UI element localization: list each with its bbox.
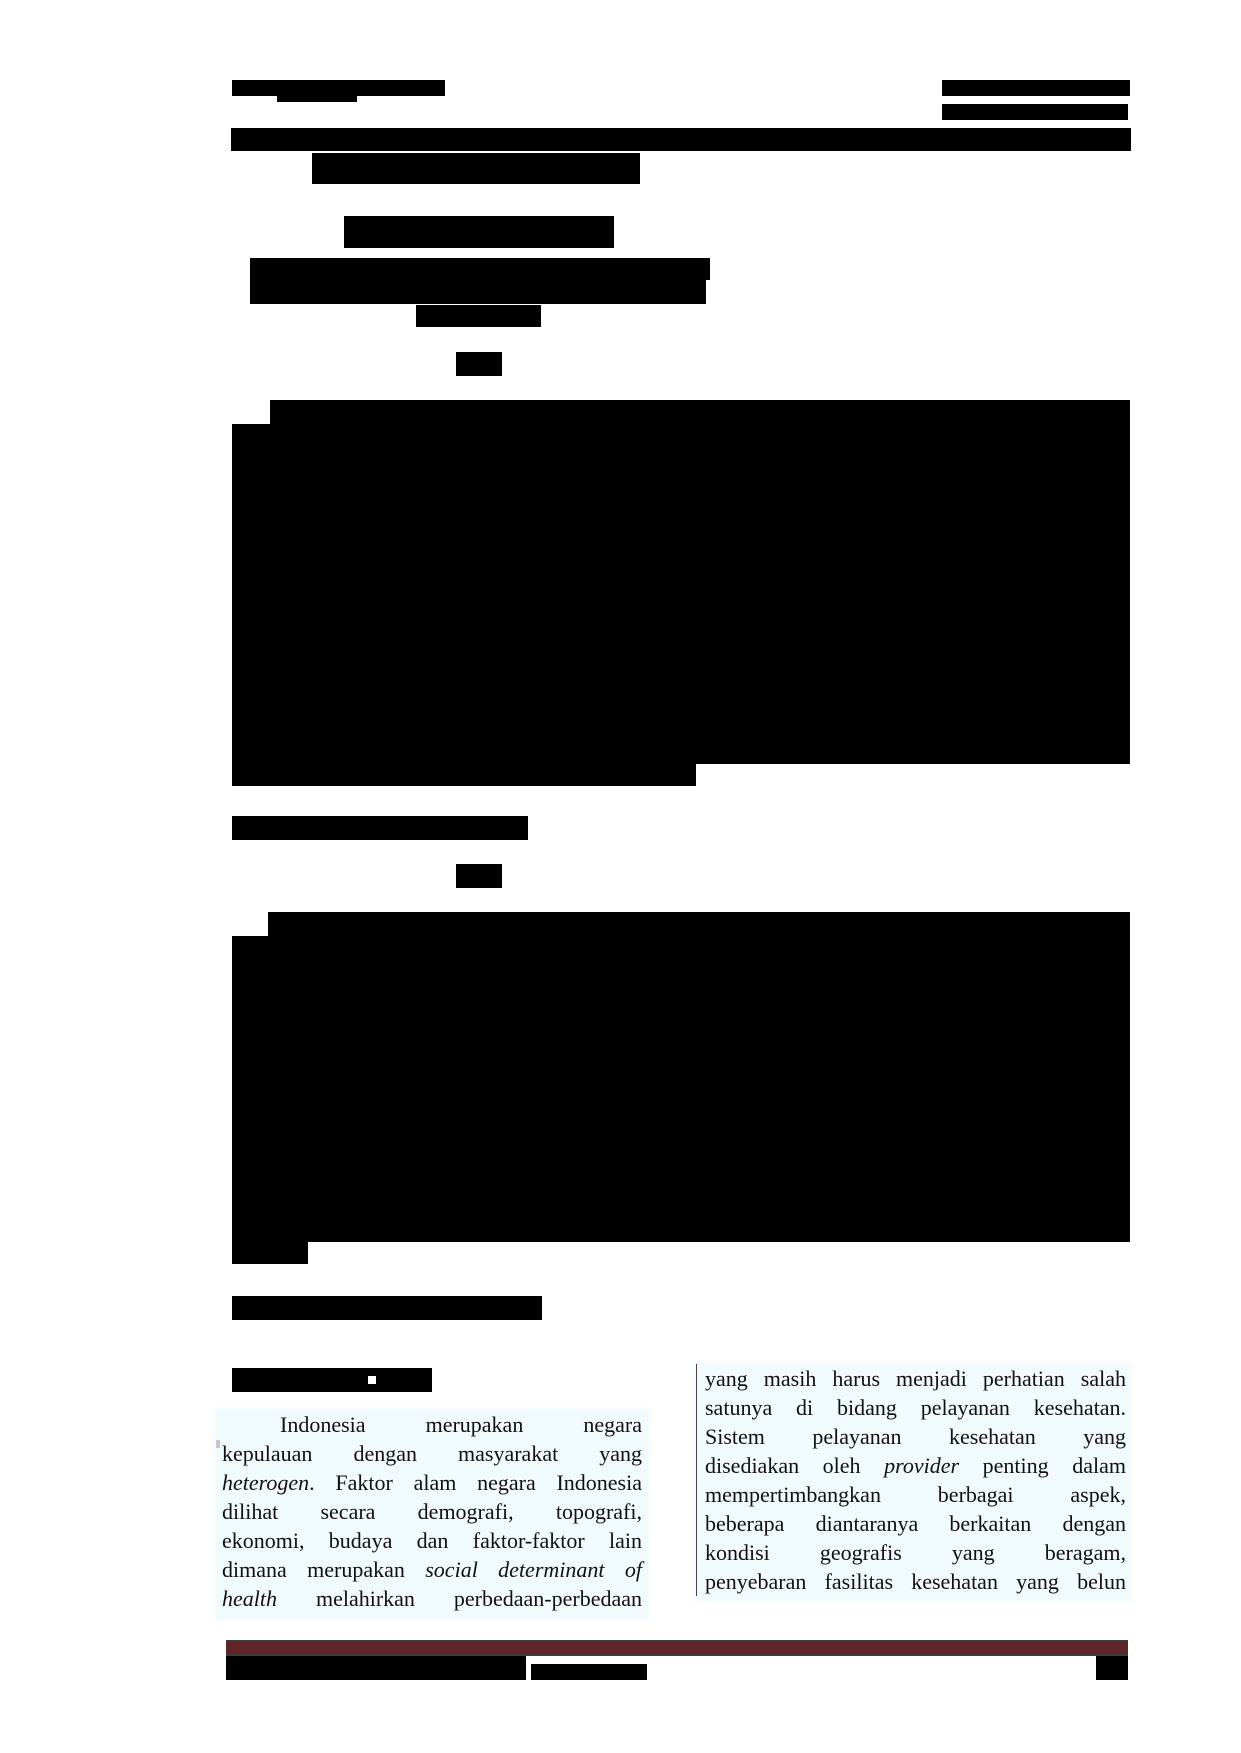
- abstrak-body-last-line: [232, 764, 696, 786]
- footer-journal-info: [226, 1656, 526, 1680]
- selection-marker: [216, 1440, 220, 1448]
- abstract-body: [232, 936, 1130, 1242]
- body-left-column: Indonesia merupakan negarakepulauan deng…: [216, 1410, 648, 1618]
- text-line: dimana merupakan social determinant of: [222, 1555, 642, 1584]
- page-number: [1096, 1656, 1128, 1680]
- abstrak-body-first-line: [270, 400, 1130, 424]
- text-line: Sistem pelayanan kesehatan yang: [705, 1422, 1126, 1451]
- text-line: satunya di bidang pelayanan kesehatan.: [705, 1393, 1126, 1422]
- affiliation-line3: [416, 305, 541, 327]
- abstrak-heading: [456, 352, 502, 376]
- footer-bar: [226, 1640, 1128, 1656]
- section-heading-gap: [368, 1376, 376, 1384]
- running-header-left-descender: [277, 96, 357, 102]
- text-line: ekonomi, budaya dan faktor-faktor lain: [222, 1526, 642, 1555]
- text-line: penyebaran fasilitas kesehatan yang belu…: [705, 1567, 1126, 1596]
- text-line: disediakan oleh provider penting dalam: [705, 1451, 1126, 1480]
- body-right-column: yang masih harus menjadi perhatian salah…: [696, 1364, 1130, 1600]
- text-line: dilihat secara demografi, topografi,: [222, 1497, 642, 1526]
- affiliation-line1: [250, 258, 710, 280]
- text-line: kepulauan dengan masyarakat yang: [222, 1439, 642, 1468]
- text-line: Indonesia merupakan negara: [222, 1410, 642, 1439]
- running-header-left: [232, 80, 445, 96]
- text-line: mempertimbangkan berbagai aspek,: [705, 1480, 1126, 1509]
- authors: [344, 216, 614, 248]
- abstract-body-first-line: [268, 912, 1130, 936]
- paragraph-left: Indonesia merupakan negarakepulauan deng…: [216, 1410, 648, 1613]
- paragraph-right: yang masih harus menjadi perhatian salah…: [696, 1364, 1130, 1596]
- text-line: beberapa diantaranya berkaitan dengan: [705, 1509, 1126, 1538]
- abstract-body-last-line: [232, 1242, 308, 1264]
- keywords: [232, 1296, 542, 1320]
- affiliation-line2: [250, 280, 706, 304]
- text-line: health melahirkan perbedaan-perbedaan: [222, 1584, 642, 1613]
- article-title: [231, 128, 1131, 151]
- abstract-heading: [456, 864, 502, 888]
- footer-journal-info-2: [531, 1664, 647, 1680]
- text-line: kondisi geografis yang beragam,: [705, 1538, 1126, 1567]
- section-heading: [232, 1368, 432, 1392]
- running-header-right-line2: [942, 104, 1128, 120]
- text-line: heterogen. Faktor alam negara Indonesia: [222, 1468, 642, 1497]
- kata-kunci: [232, 816, 528, 840]
- article-title-line2: [312, 153, 640, 184]
- running-header-right: [942, 80, 1130, 96]
- text-line: yang masih harus menjadi perhatian salah: [705, 1364, 1126, 1393]
- abstrak-body: [232, 424, 1130, 764]
